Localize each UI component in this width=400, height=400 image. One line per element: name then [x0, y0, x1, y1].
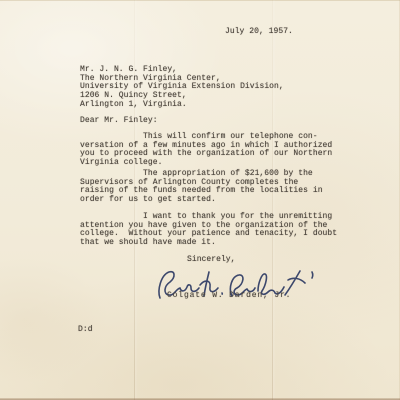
scanned-letter-page: July 20, 1957. Mr. J. N. G. Finley, The … [0, 0, 400, 400]
text-line: that we should have made it. [80, 239, 337, 248]
recipient-address: Mr. J. N. G. Finley, The Northern Virgin… [80, 66, 284, 110]
date-text: July 20, 1957. [225, 28, 293, 37]
signer-name-text: Colgate W. Darden, Jr. [167, 292, 291, 301]
paragraph-3: I want to thank you for the unremitting … [80, 213, 337, 248]
typist-initials: D:d [78, 326, 93, 335]
paragraph-1: This will confirm our telephone con- ver… [80, 133, 332, 168]
salutation: Dear Mr. Finley: [80, 117, 158, 126]
text-line: Virginia college. [80, 159, 332, 168]
letter-date: July 20, 1957. [225, 28, 293, 37]
typist-initials-text: D:d [78, 326, 93, 335]
text-line: order for us to get started. [80, 196, 323, 205]
paragraph-2: The appropriation of $21,600 by the Supe… [80, 170, 323, 205]
address-line: Arlington 1, Virginia. [80, 101, 284, 110]
salutation-text: Dear Mr. Finley: [80, 117, 158, 126]
signer-typed-name: Colgate W. Darden, Jr. [167, 292, 291, 301]
